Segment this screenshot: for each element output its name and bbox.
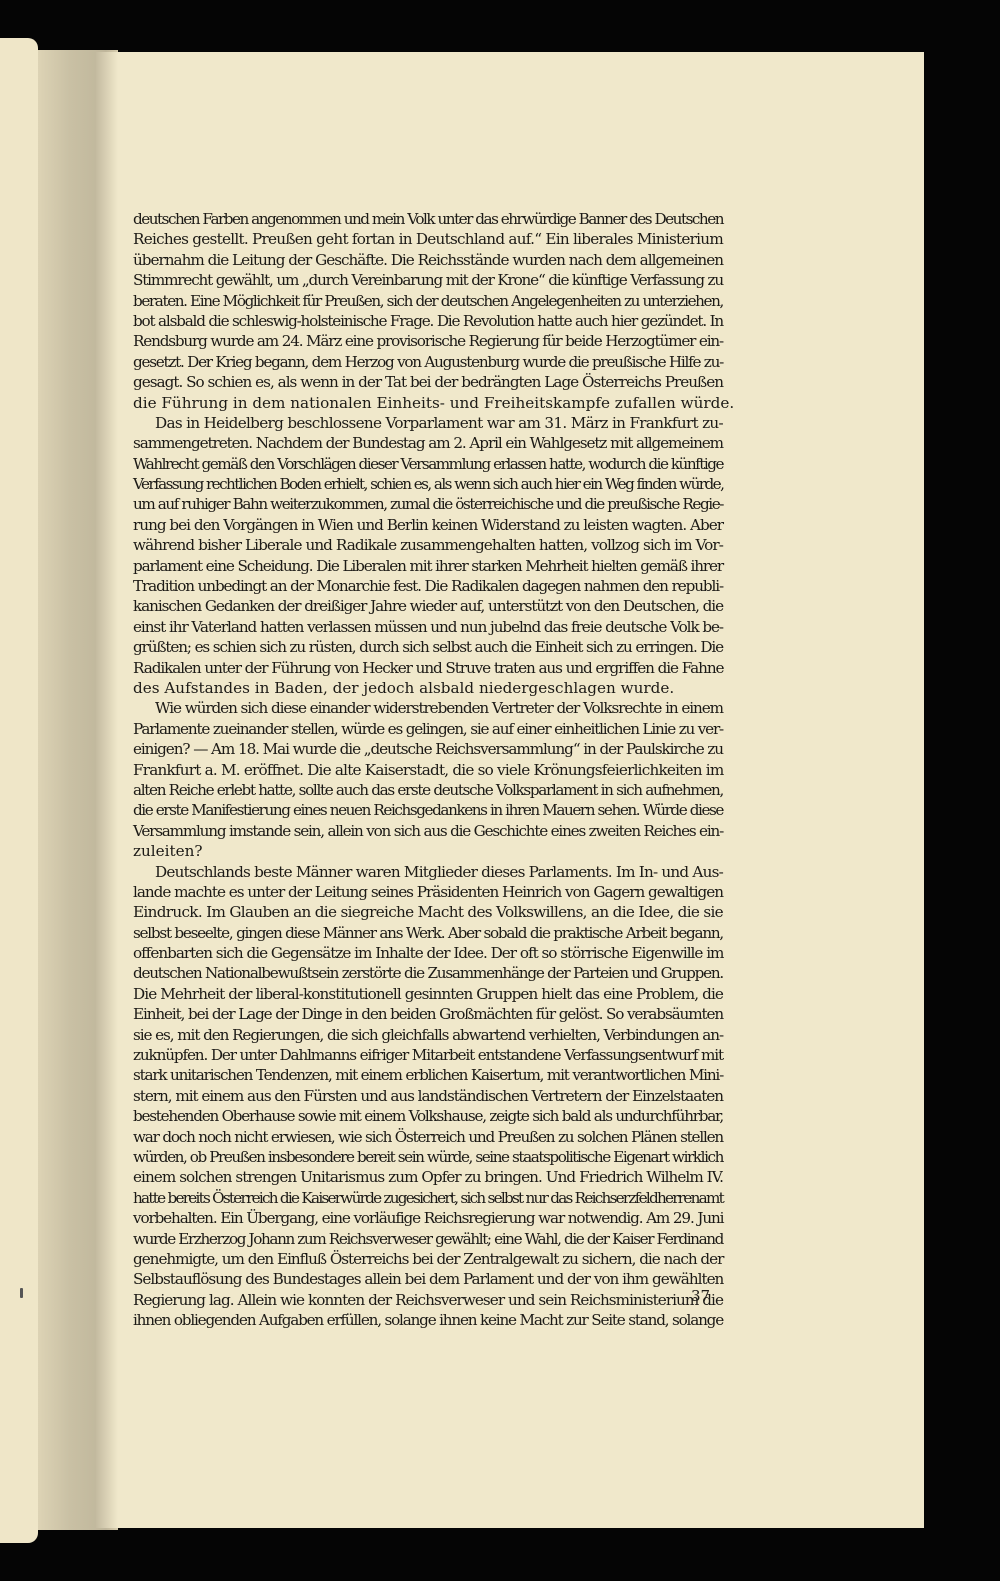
text-line: bestehenden Oberhause sowie mit einem Vo…	[133, 1106, 723, 1126]
text-line: gesetzt. Der Krieg begann, dem Herzog vo…	[133, 352, 723, 372]
text-line: die Führung in dem nationalen Einheits- …	[133, 393, 723, 413]
text-line: Stimmrecht gewählt, um „durch Vereinbaru…	[133, 270, 723, 290]
text-line: deutschen Nationalbewußtsein zerstörte d…	[133, 963, 723, 983]
text-line: hatte bereits Österreich die Kaiserwürde…	[133, 1188, 723, 1208]
book-page: deutschen Farben angenommen und mein Vol…	[96, 52, 924, 1528]
text-line: ihnen obliegenden Aufgaben erfüllen, sol…	[133, 1310, 723, 1330]
text-line: einigen? — Am 18. Mai wurde die „deutsch…	[133, 739, 723, 759]
text-line: Regierung lag. Allein wie konnten der Re…	[133, 1290, 723, 1310]
text-line: kanischen Gedanken der dreißiger Jahre w…	[133, 596, 723, 616]
text-line: zuknüpfen. Der unter Dahlmanns eifriger …	[133, 1045, 723, 1065]
paper-blemish	[20, 1288, 23, 1298]
text-line: war doch noch nicht erwiesen, wie sich Ö…	[133, 1127, 723, 1147]
text-line: Radikalen unter der Führung von Hecker u…	[133, 658, 723, 678]
text-line: Das in Heidelberg beschlossene Vorparlam…	[133, 413, 723, 433]
text-line: während bisher Liberale und Radikale zus…	[133, 535, 723, 555]
previous-page-edge	[0, 38, 38, 1543]
text-line: stark unitarischen Tendenzen, mit einem …	[133, 1065, 723, 1085]
text-line: Tradition unbedingt an der Monarchie fes…	[133, 576, 723, 596]
text-line: gesagt. So schien es, als wenn in der Ta…	[133, 372, 723, 392]
page-number: 37	[691, 1287, 710, 1305]
text-line: vorbehalten. Ein Übergang, eine vorläufi…	[133, 1208, 723, 1228]
text-line: rung bei den Vorgängen in Wien und Berli…	[133, 515, 723, 535]
text-line: zuleiten?	[133, 841, 723, 861]
text-line: stern, mit einem aus den Fürsten und aus…	[133, 1086, 723, 1106]
text-line: Wahlrecht gemäß den Vorschlägen dieser V…	[133, 454, 723, 474]
text-line: Die Mehrheit der liberal-konstitutionell…	[133, 984, 723, 1004]
text-line: einst ihr Vaterland hatten verlassen müs…	[133, 617, 723, 637]
text-line: Reiches gestellt. Preußen geht fortan in…	[133, 229, 723, 249]
text-line: Versammlung imstande sein, allein von si…	[133, 821, 723, 841]
text-line: lande machte es unter der Leitung seines…	[133, 882, 723, 902]
text-line: Eindruck. Im Glauben an die siegreiche M…	[133, 902, 723, 922]
text-line: bot alsbald die schleswig-holsteinische …	[133, 311, 723, 331]
text-line: deutschen Farben angenommen und mein Vol…	[133, 209, 723, 229]
text-line: Verfassung rechtlichen Boden erhielt, sc…	[133, 474, 723, 494]
text-line: offenbarten sich die Gegensätze im Inhal…	[133, 943, 723, 963]
text-line: beraten. Eine Möglichkeit für Preußen, s…	[133, 291, 723, 311]
text-line: Einheit, bei der Lage der Dinge in den b…	[133, 1004, 723, 1024]
text-line: Deutschlands beste Männer waren Mitglied…	[133, 862, 723, 882]
text-line: Selbstauflösung des Bundestages allein b…	[133, 1269, 723, 1289]
text-line: sammengetreten. Nachdem der Bundestag am…	[133, 433, 723, 453]
text-line: des Aufstandes in Baden, der jedoch alsb…	[133, 678, 723, 698]
text-line: Frankfurt a. M. eröffnet. Die alte Kaise…	[133, 760, 723, 780]
text-line: wurde Erzherzog Johann zum Reichsverwese…	[133, 1229, 723, 1249]
text-line: genehmigte, um den Einfluß Österreichs b…	[133, 1249, 723, 1269]
text-line: um auf ruhiger Bahn weiterzukommen, zuma…	[133, 494, 723, 514]
text-line: alten Reiche erlebt hatte, sollte auch d…	[133, 780, 723, 800]
text-line: übernahm die Leitung der Geschäfte. Die …	[133, 250, 723, 270]
text-line: selbst beseelte, gingen diese Männer ans…	[133, 923, 723, 943]
text-line: Wie würden sich diese einander widerstre…	[133, 698, 723, 718]
text-line: Parlamente zueinander stellen, würde es …	[133, 719, 723, 739]
text-line: parlament eine Scheidung. Die Liberalen …	[133, 556, 723, 576]
text-line: einem solchen strengen Unitarismus zum O…	[133, 1167, 723, 1187]
text-line: würden, ob Preußen insbesondere bereit s…	[133, 1147, 723, 1167]
body-text: deutschen Farben angenommen und mein Vol…	[133, 209, 723, 1330]
text-line: die erste Manifestierung eines neuen Rei…	[133, 800, 723, 820]
text-line: grüßten; es schien sich zu rüsten, durch…	[133, 637, 723, 657]
text-line: Rendsburg wurde am 24. März eine proviso…	[133, 331, 723, 351]
text-line: sie es, mit den Regierungen, die sich gl…	[133, 1025, 723, 1045]
